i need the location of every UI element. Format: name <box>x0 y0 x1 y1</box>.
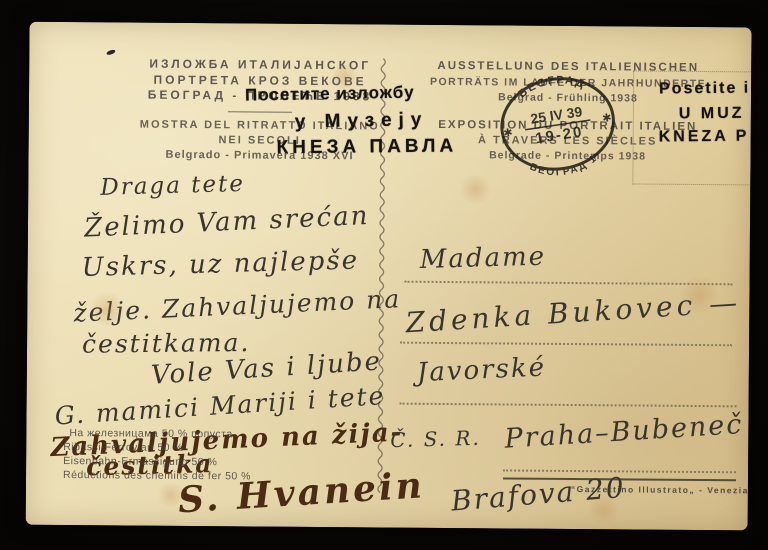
foxing-spot <box>87 292 127 326</box>
postmark-city-bottom: БЕОГРАД 1 <box>527 152 602 184</box>
postmark-star-left: ✱ <box>503 127 514 140</box>
slogan-stamp-latin-line1: Posetite i <box>659 80 750 99</box>
message-line: čestitkama. <box>82 328 251 359</box>
foxing-spot <box>329 64 359 88</box>
discount-line-french: Réductions des chemins de fer 50 % <box>63 468 333 484</box>
message-line: Želimo Vam srećan <box>83 201 369 244</box>
postmark-city-top: БЕОГРАД <box>515 70 589 102</box>
message-line: Draga tete <box>100 171 245 201</box>
postmark-stamp: БЕОГРАД БЕОГРАД 1 25 IV 39 19-20 ✱ ✱ <box>483 61 632 190</box>
foxing-spot <box>586 496 622 522</box>
svg-text:БЕОГРАД: БЕОГРАД <box>515 70 589 102</box>
slogan-stamp-latin-line3: KNEZA P <box>659 128 750 147</box>
discount-block: На железницама 50 % попуста Ribassi Ferr… <box>63 426 333 484</box>
foxing-spot <box>458 175 492 203</box>
slogan-stamp-cyrillic-line1: Посетите изложбу <box>245 83 415 106</box>
address-recipient-title: Madame <box>419 242 546 275</box>
postcard: ИЗЛОЖБА ИТАЛИЈАНСКОГ ПОРТРЕТА КРОЗ ВЕКОВ… <box>26 22 752 531</box>
address-city: Praha–Bubeneč <box>504 409 745 455</box>
header-divider-rule <box>228 111 292 113</box>
address-country: Č. S. R. <box>390 426 481 452</box>
slogan-stamp-cyrillic-line2: у Музеју <box>295 109 429 133</box>
slogan-stamp-cyrillic-line3: КНЕЗА ПАВЛА <box>277 136 458 160</box>
foxing-spot <box>677 277 721 313</box>
ink-speck <box>106 49 116 55</box>
address-name2: Javorské <box>416 352 546 388</box>
slogan-stamp-latin-line2: U MUZ <box>679 105 745 124</box>
postmark-star-right: ✱ <box>602 112 613 125</box>
address-rule-3 <box>400 403 737 408</box>
address-rule-2 <box>400 342 732 347</box>
svg-text:БЕОГРАД 1: БЕОГРАД 1 <box>527 152 602 184</box>
foxing-spot <box>156 483 186 507</box>
message-line: Uskrs, uz najlepše <box>81 245 359 282</box>
